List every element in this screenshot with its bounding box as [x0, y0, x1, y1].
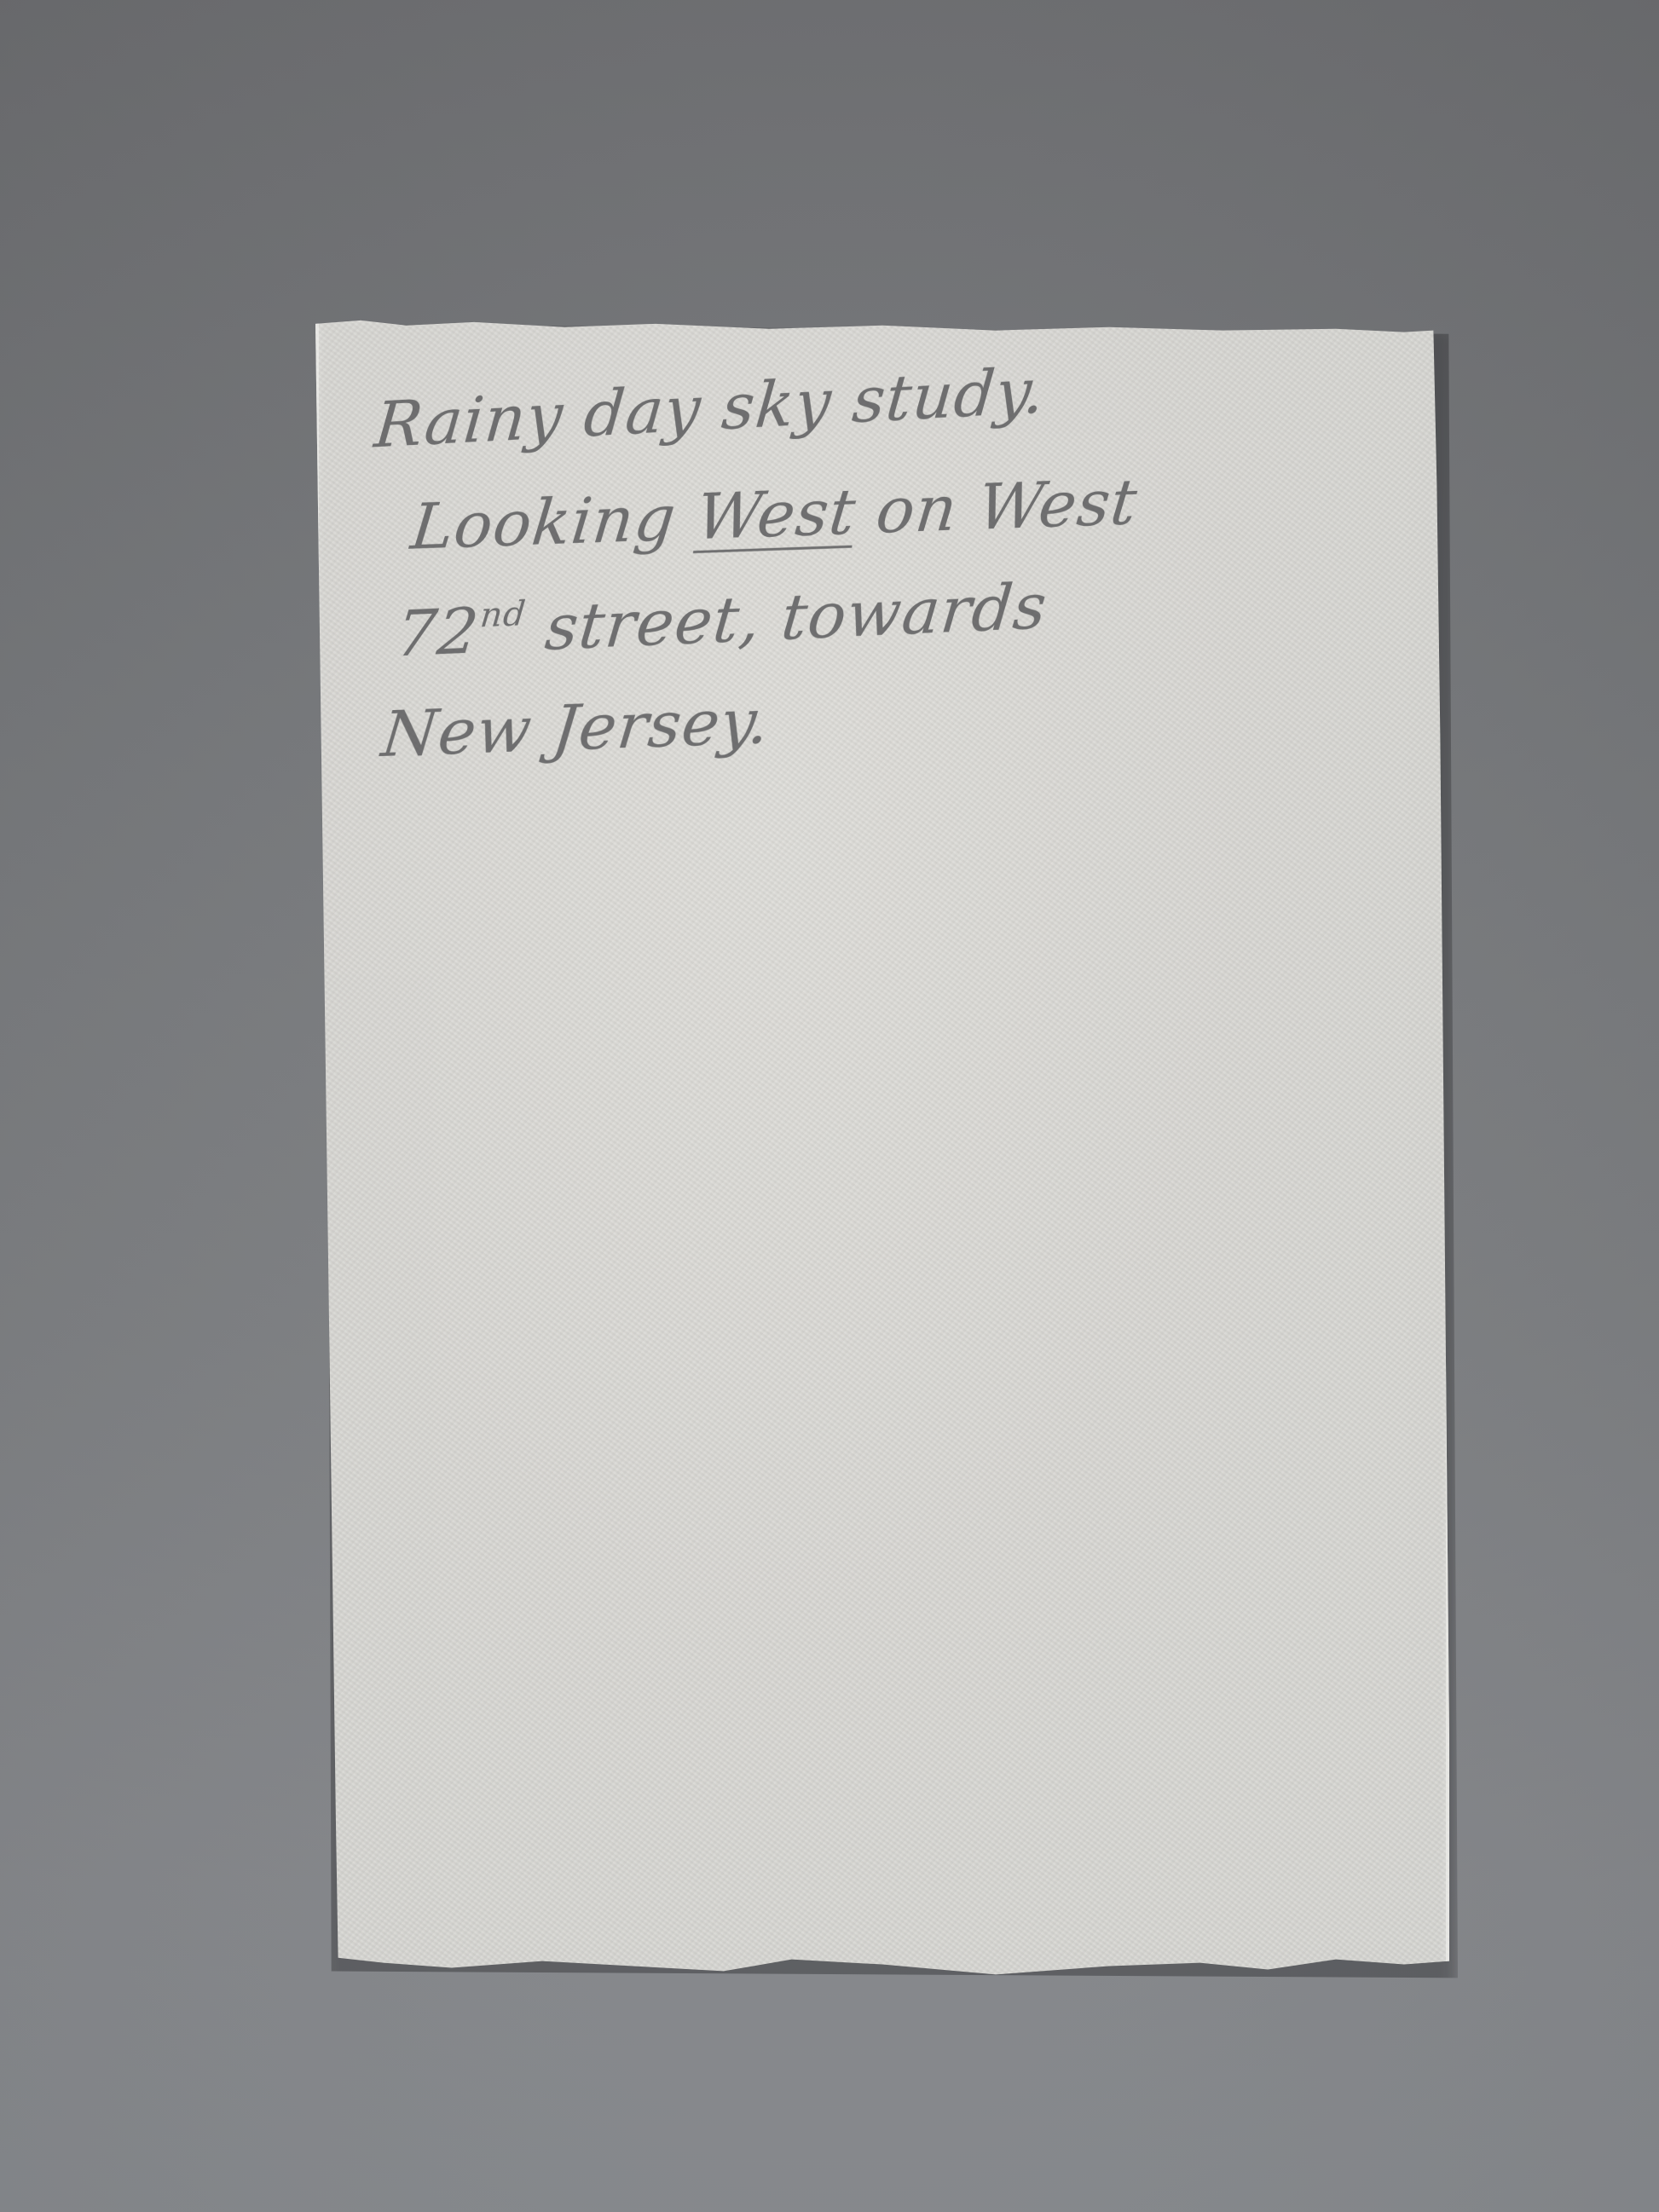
note-line-2-prefix: Looking — [408, 481, 701, 564]
watercolor-paper-sheet: Rainy day sky study. Looking West on Wes… — [315, 317, 1449, 1988]
note-line-3-number: 72 — [393, 594, 483, 671]
note-line-3-ordinal: nd — [478, 594, 528, 635]
note-line-2-suffix: on West — [852, 465, 1141, 548]
note-line-2-underlined-word: West — [693, 476, 859, 554]
deckle-edge — [315, 317, 1449, 1988]
note-line-4: New Jersey. — [379, 690, 772, 766]
note-line-4-text: New Jersey. — [379, 684, 774, 771]
